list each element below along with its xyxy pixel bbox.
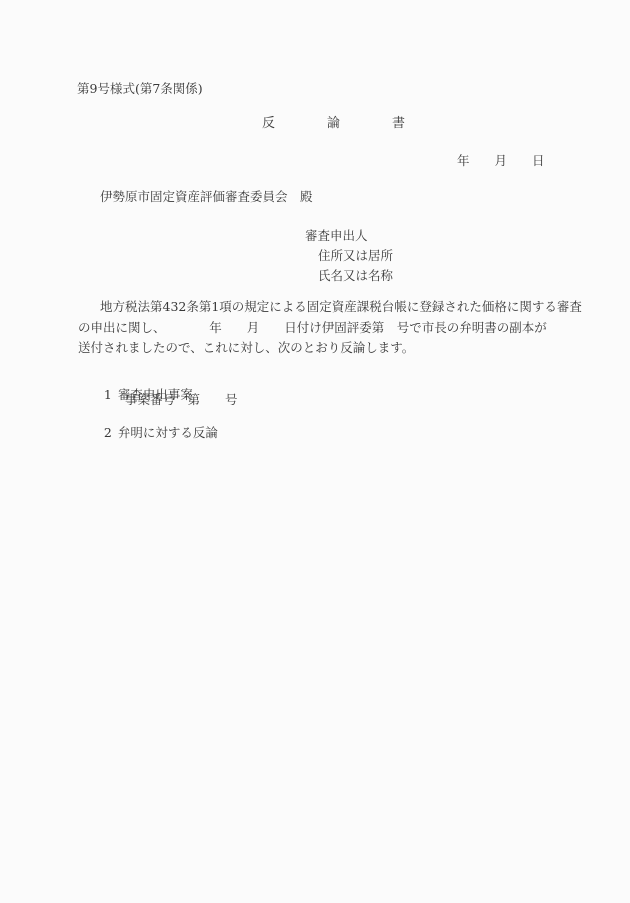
body-line-3: 送付されましたので、これに対し、次のとおり反論します。 — [78, 338, 564, 359]
addressee-line: 伊勢原市固定資産評価審査委員会 殿 — [100, 190, 313, 204]
date-blank-line: 年 月 日 — [457, 154, 545, 168]
body-line-2: の申出に関し、 年 月 日付け伊固評委第 号で市長の弁明書の副本が — [78, 318, 564, 339]
document-page: 第9号様式(第7条関係) 反 論 書 年 月 日 伊勢原市固定資産評価審査委員会… — [0, 0, 630, 903]
body-paragraph: 地方税法第432条第1項の規定による固定資産課税台帳に登録された価格に関する審査… — [78, 297, 564, 359]
case-number-line: 事案番号 第 号 — [125, 393, 238, 407]
applicant-address-label: 住所又は居所 — [318, 249, 393, 263]
section-1-number: 1 — [104, 388, 118, 402]
section-2-row: 2弁明に対する反論 — [88, 412, 218, 454]
applicant-role-label: 審査申出人 — [305, 229, 368, 243]
applicant-name-label: 氏名又は名称 — [318, 269, 393, 283]
document-title: 反 論 書 — [262, 117, 405, 131]
section-2-number: 2 — [104, 426, 118, 440]
section-2-title: 弁明に対する反論 — [118, 425, 218, 440]
form-number: 第9号様式(第7条関係) — [77, 82, 203, 96]
body-line-1: 地方税法第432条第1項の規定による固定資産課税台帳に登録された価格に関する審査 — [78, 297, 564, 318]
